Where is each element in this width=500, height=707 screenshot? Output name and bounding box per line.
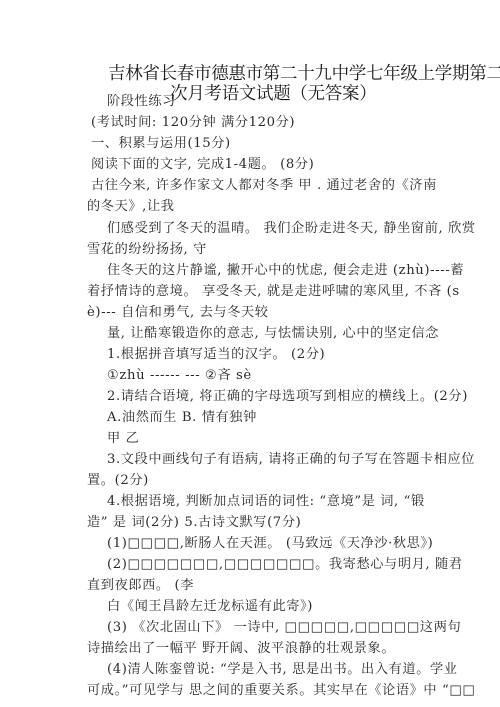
body-line: 2.请结合语境, 将正确的字母选项写到相应的横线上。(2分) xyxy=(107,385,468,404)
body-line: 古往今来, 许多作家文人都对冬季 甲 . 通过老舍的《济南 xyxy=(91,174,437,193)
body-line: ①zhù ------ --- ②吝 sè xyxy=(107,364,252,383)
body-line: 4.根据语境, 判断加点词语的词性: “意境”是 词, “锻 xyxy=(107,490,425,509)
body-line: 一、积累与运用(15分) xyxy=(91,132,231,151)
body-line: (4)清人陈銮曾说: “学是入书, 思是出书。出入有道。学业 xyxy=(107,658,458,677)
body-line: (2)□□□□□□□,□□□□□□□。我寄愁心与明月, 随君 xyxy=(107,553,463,572)
body-line: 量, 让酷寒锻造你的意志, 与怯懦诀别, 心中的坚定信念 xyxy=(107,322,439,341)
body-line: 们感受到了冬天的温晴。 我们企盼走进冬天, 静坐窗前, 欣赏 xyxy=(107,217,476,236)
body-line: (3) 《次北固山下》 一诗中, □□□□□,□□□□□这两句 xyxy=(107,616,461,635)
body-line: 直到夜郎西。 (李 xyxy=(87,574,194,593)
body-line: 甲 乙 xyxy=(107,427,139,446)
body-line: 诗描绘出了一幅平 野开阔、波平浪静的壮观景象。 xyxy=(87,637,395,656)
body-line: 住冬天的这片静谧, 撇开心中的忧虑, 便会走进 (zhù)----蓄 xyxy=(107,259,464,278)
body-line: 1.根据拼音填写适当的汉字。 (2分) xyxy=(107,343,325,362)
body-line: 造” 是 词(2分) 5.古诗文默写(7分) xyxy=(87,511,301,530)
document-title-line-2: 次月考语文试题（无答案） xyxy=(170,80,376,105)
body-line: è)--- 自信和勇气, 去与冬天较 xyxy=(87,301,269,320)
body-line: 置。(2分) xyxy=(87,469,149,488)
body-line: 雪花的纷纷扬扬, 守 xyxy=(87,238,207,257)
body-line: (考试时间: 120分钟 满分120分) xyxy=(91,111,295,130)
body-line: 的冬天》,让我 xyxy=(87,195,175,214)
body-line: 着抒情诗的意境。 享受冬天, 就是走进呼啸的寒风里, 不吝 (s xyxy=(87,280,460,299)
body-line: 阶段性练习 xyxy=(107,90,176,109)
document-page: 吉林省长春市德惠市第二十九中学七年级上学期第二 次月考语文试题（无答案） 阶段性… xyxy=(0,0,500,707)
body-line: (1)□□□□,断肠人在天涯。 (马致远《天净沙·秋思》) xyxy=(107,532,433,551)
body-line: A.油然而生 B. 情有独钟 xyxy=(107,406,257,425)
body-line: 白《闻王昌龄左迁龙标遥有此寄》) xyxy=(107,595,313,614)
body-line: 可成。”可见学与 思之间的重要关系。其实早在《论语》中 “□□ xyxy=(87,679,475,698)
body-line: 阅读下面的文字, 完成1-4题。 (8分) xyxy=(91,153,314,172)
body-line: 3.文段中画线句子有语病, 请将正确的句子写在答题卡相应位 xyxy=(107,448,475,467)
